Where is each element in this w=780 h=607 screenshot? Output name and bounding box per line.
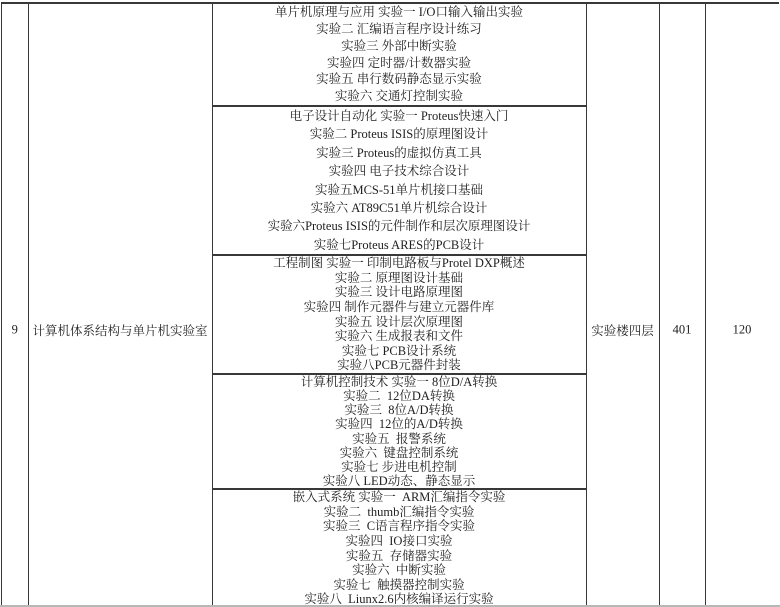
room-number: 401: [660, 323, 705, 338]
experiment-line: 计算机控制技术 实验一 8位D/A转换: [301, 375, 498, 389]
experiment-line: 实验二 Proteus ISIS的原理图设计: [310, 125, 488, 143]
experiment-line: 实验二 汇编语言程序设计练习: [316, 21, 482, 38]
experiment-line: 实验四 IO接口实验: [346, 534, 453, 549]
experiment-line: 实验七 触摸器控制实验: [333, 578, 464, 593]
experiment-group: 工程制图 实验一 印制电路板与Protel DXP概述实验二 原理图设计基础实验…: [213, 256, 586, 375]
experiment-group: 计算机控制技术 实验一 8位D/A转换实验二 12位DA转换实验三 8位A/D转…: [213, 375, 586, 490]
experiment-line: 实验六 键盘控制系统: [340, 446, 459, 460]
experiment-line: 实验五 报警系统: [352, 432, 446, 446]
lab-table-page: 9 计算机体系结构与单片机实验室 单片机原理与应用 实验一 I/O口输入输出实验…: [0, 0, 780, 607]
experiment-line: 实验四 定时器/计数器实验: [327, 55, 471, 72]
experiment-group: 电子设计自动化 实验一 Proteus快速入门实验二 Proteus ISIS的…: [213, 107, 586, 256]
experiment-line: 实验三 8位A/D转换: [344, 403, 453, 417]
experiment-line: 实验二 thumb汇编指令实验: [324, 505, 475, 520]
column-row-number: 9: [2, 4, 29, 607]
lab-table-row: 9 计算机体系结构与单片机实验室 单片机原理与应用 实验一 I/O口输入输出实验…: [1, 2, 779, 607]
experiments-column: 单片机原理与应用 实验一 I/O口输入输出实验实验二 汇编语言程序设计练习实验三…: [213, 4, 587, 607]
experiment-line: 实验六 交通灯控制实验: [335, 88, 463, 105]
experiment-group: 单片机原理与应用 实验一 I/O口输入输出实验实验二 汇编语言程序设计练习实验三…: [213, 4, 586, 107]
experiment-line: 实验七 步进电机控制: [341, 460, 457, 474]
experiment-line: 实验五 串行数码静态显示实验: [316, 71, 482, 88]
experiment-line: 实验三 设计电路原理图: [335, 285, 463, 300]
experiment-line: 实验三 C语言程序指令实验: [323, 519, 475, 534]
experiment-line: 实验六 生成报表和文件: [335, 329, 463, 344]
experiment-line: 单片机原理与应用 实验一 I/O口输入输出实验: [275, 4, 523, 21]
experiment-line: 工程制图 实验一 印制电路板与Protel DXP概述: [273, 256, 525, 271]
experiment-line: 实验二 原理图设计基础: [335, 271, 463, 286]
experiment-line: 实验八PCB元器件封装: [337, 358, 461, 373]
row-number: 9: [2, 323, 28, 338]
experiment-line: 实验五MCS-51单片机接口基础: [315, 181, 483, 199]
experiment-line: 实验三 Proteus的虚拟仿真工具: [316, 144, 482, 162]
experiment-line: 实验四 制作元器件与建立元器件库: [304, 300, 495, 315]
experiment-line: 实验四 电子技术综合设计: [329, 162, 470, 180]
column-room-number: 401: [660, 4, 706, 607]
experiment-line: 实验四 12位的A/D转换: [335, 417, 463, 431]
experiment-line: 实验二 12位DA转换: [343, 389, 455, 403]
experiment-line: 实验五 设计层次原理图: [335, 315, 463, 330]
location: 实验楼四层: [587, 321, 659, 339]
column-location: 实验楼四层: [587, 4, 660, 607]
experiment-line: 实验五 存储器实验: [346, 549, 452, 564]
experiment-line: 实验三 外部中断实验: [341, 38, 457, 55]
experiment-line: 实验七 PCB设计系统: [342, 344, 456, 359]
experiment-group: 嵌入式系统 实验一 ARM汇编指令实验实验二 thumb汇编指令实验实验三 C语…: [213, 490, 586, 607]
experiment-line: 嵌入式系统 实验一 ARM汇编指令实验: [293, 490, 506, 505]
experiment-line: 实验八 LED动态、静态显示: [323, 474, 475, 488]
experiment-line: 实验六Proteus ISIS的元件制作和层次原理图设计: [268, 217, 531, 235]
experiment-line: 实验六 中断实验: [352, 563, 446, 578]
capacity: 120: [706, 323, 779, 338]
experiment-line: 实验七Proteus ARES的PCB设计: [314, 236, 485, 254]
lab-name: 计算机体系结构与单片机实验室: [29, 321, 212, 339]
experiment-line: 电子设计自动化 实验一 Proteus快速入门: [290, 107, 509, 125]
column-lab-name: 计算机体系结构与单片机实验室: [29, 4, 213, 607]
column-capacity: 120: [706, 4, 779, 607]
experiment-line: 实验六 AT89C51单片机综合设计: [311, 199, 488, 217]
